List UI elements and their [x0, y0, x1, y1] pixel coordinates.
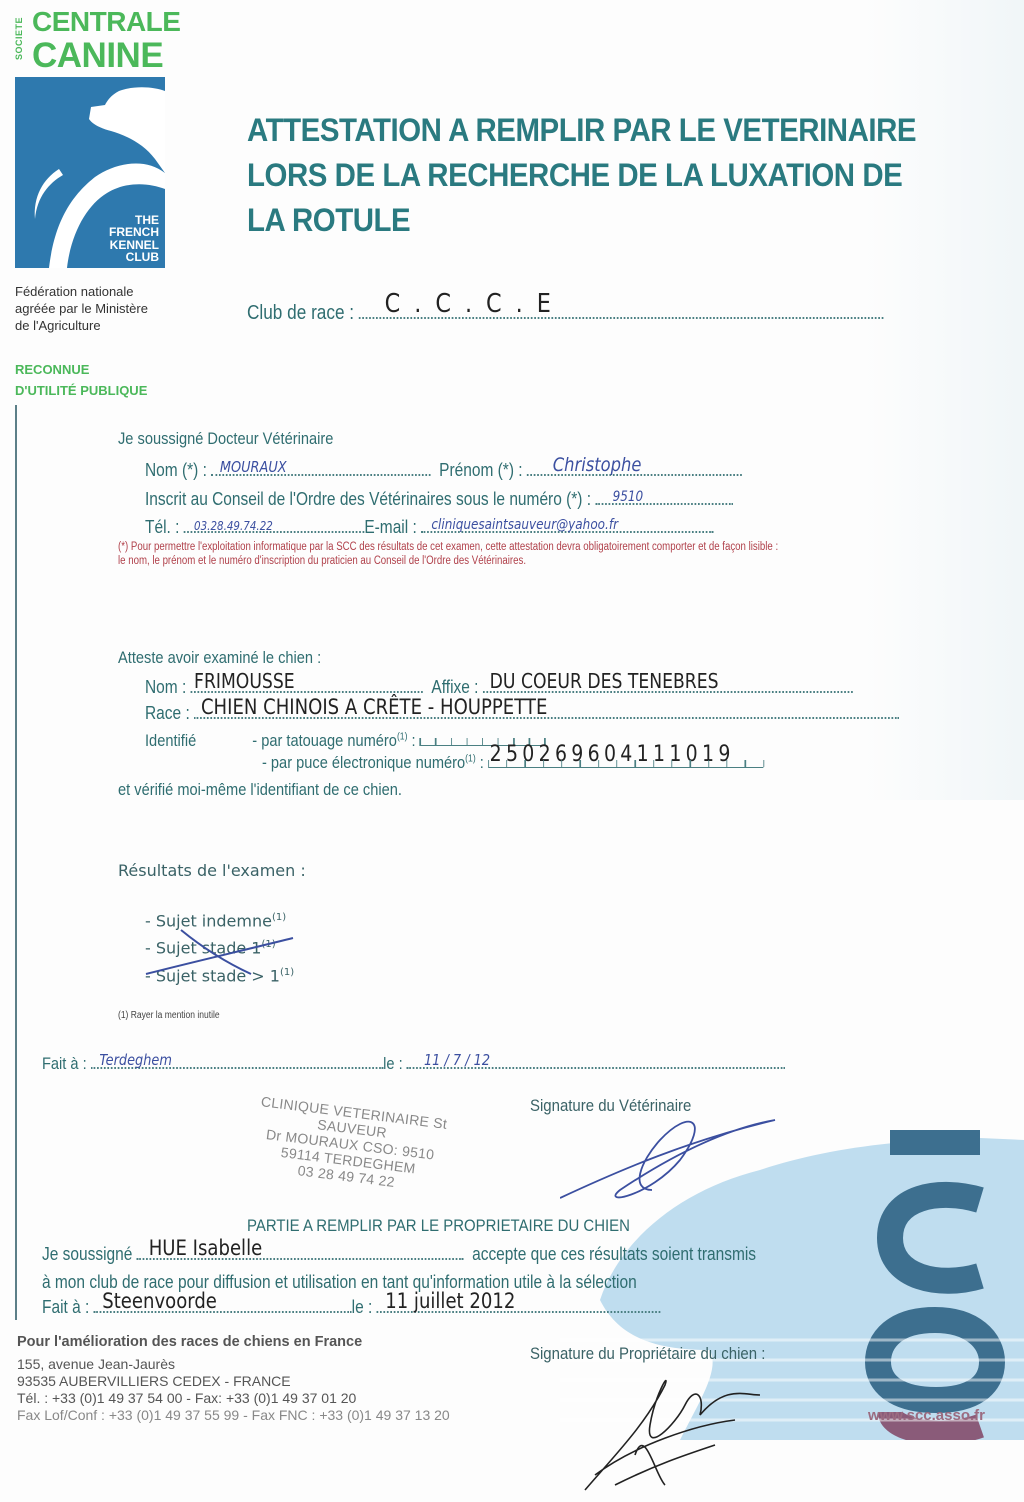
owner-section-header: PARTIE A REMPLIR PAR LE PROPRIETAIRE DU …	[247, 1216, 630, 1236]
vet-fait-field[interactable]: Terdeghem	[91, 1055, 383, 1069]
vet-note-line-1: (*) Pour permettre l'exploitation inform…	[118, 541, 778, 553]
federation-text: Fédération nationaleagréée par le Minist…	[15, 283, 185, 334]
owner-name-row: Je soussigné HUE Isabelle accepte que ce…	[42, 1244, 756, 1265]
dog-affixe-field[interactable]: DU COEUR DES TENEBRES	[483, 679, 853, 693]
owner-signature-label: Signature du Propriétaire du chien :	[530, 1344, 765, 1364]
club-field[interactable]: C . C . C . E	[359, 305, 884, 319]
scc-logo-dog-icon: THEFRENCHKENNELCLUB	[15, 77, 165, 268]
vet-name-row: Nom (*) : MOURAUX Prénom (*) : Christoph…	[145, 460, 742, 481]
scc-logo-wordmark: SOCIETE CENTRALE CANINE	[14, 4, 166, 70]
dog-verified: et vérifié moi-même l'identifiant de ce …	[118, 780, 402, 800]
owner-signature	[575, 1365, 775, 1495]
dog-tattoo-row: Identifié - par tatouage numéro(1) :	[145, 731, 544, 751]
vet-prenom-field[interactable]: Christophe	[527, 462, 742, 476]
vet-signature	[560, 1110, 780, 1210]
scc-website-link[interactable]: www.scc.asso.fr	[868, 1407, 985, 1424]
owner-name-field[interactable]: HUE Isabelle	[137, 1246, 464, 1260]
vet-clinic-stamp: CLINIQUE VETERINAIRE St SAUVEURDr MOURAU…	[226, 1090, 474, 1199]
results-footnote: (1) Rayer la mention inutile	[118, 1010, 220, 1021]
scc-tagline: Pour l'amélioration des races de chiens …	[17, 1334, 450, 1351]
dog-intro: Atteste avoir examiné le chien :	[118, 648, 321, 668]
reconnue-utilite-publique: RECONNUED'UTILITÉ PUBLIQUE	[15, 359, 147, 401]
logo-societe: SOCIETE	[14, 8, 28, 68]
dog-race-field[interactable]: CHIEN CHINOIS A CRÊTE - HOUPPETTE	[194, 705, 899, 719]
vet-ordre-row: Inscrit au Conseil de l'Ordre des Vétéri…	[145, 489, 733, 510]
vet-fait-row: Fait à : Terdeghemle : 11 / 7 / 12	[42, 1054, 785, 1074]
owner-fait-row: Fait à : Steenvoordele : 11 juillet 2012	[42, 1297, 660, 1318]
dog-nom-field[interactable]: FRIMOUSSE	[191, 679, 423, 693]
logo-canine: CANINE	[32, 38, 163, 73]
vet-note-line-2: le nom, le prénom et le numéro d'inscrip…	[118, 555, 526, 567]
vet-email-field[interactable]: cliniquesaintsauveur@yahoo.fr	[421, 519, 713, 533]
page-title: ATTESTATION A REMPLIR PAR LE VETERINAIRE…	[247, 108, 928, 243]
owner-date-field[interactable]: 11 juillet 2012	[377, 1299, 661, 1313]
club-label: Club de race :	[247, 302, 354, 324]
vet-contact-row: Tél. : 03.28.49.74.22E-mail : cliniquesa…	[145, 517, 714, 538]
dog-race-row: Race : CHIEN CHINOIS A CRÊTE - HOUPPETTE	[145, 703, 899, 724]
vet-tel-field[interactable]: 03.28.49.74.22	[184, 519, 365, 533]
scc-address: Pour l'amélioration des races de chiens …	[17, 1334, 450, 1424]
vet-date-field[interactable]: 11 / 7 / 12	[407, 1055, 785, 1069]
logo-centrale: CENTRALE	[32, 8, 180, 36]
chip-number-field[interactable]: 250269604111019	[488, 754, 763, 768]
left-margin-rule	[15, 405, 17, 1320]
results-heading: Résultats de l'examen :	[118, 861, 306, 880]
french-kennel-club-text: THEFRENCHKENNELCLUB	[109, 214, 159, 264]
owner-fait-field[interactable]: Steenvoorde	[94, 1299, 352, 1313]
vet-ordre-field[interactable]: 9510	[595, 491, 733, 505]
dog-chip-row: - par puce électronique numéro(1) : 2502…	[262, 753, 763, 773]
vet-intro: Je soussigné Docteur Vétérinaire	[118, 429, 333, 449]
club-row: Club de race : C . C . C . E	[247, 302, 883, 325]
vet-nom-field[interactable]: MOURAUX	[211, 462, 430, 476]
strikethrough-mark	[143, 926, 303, 976]
